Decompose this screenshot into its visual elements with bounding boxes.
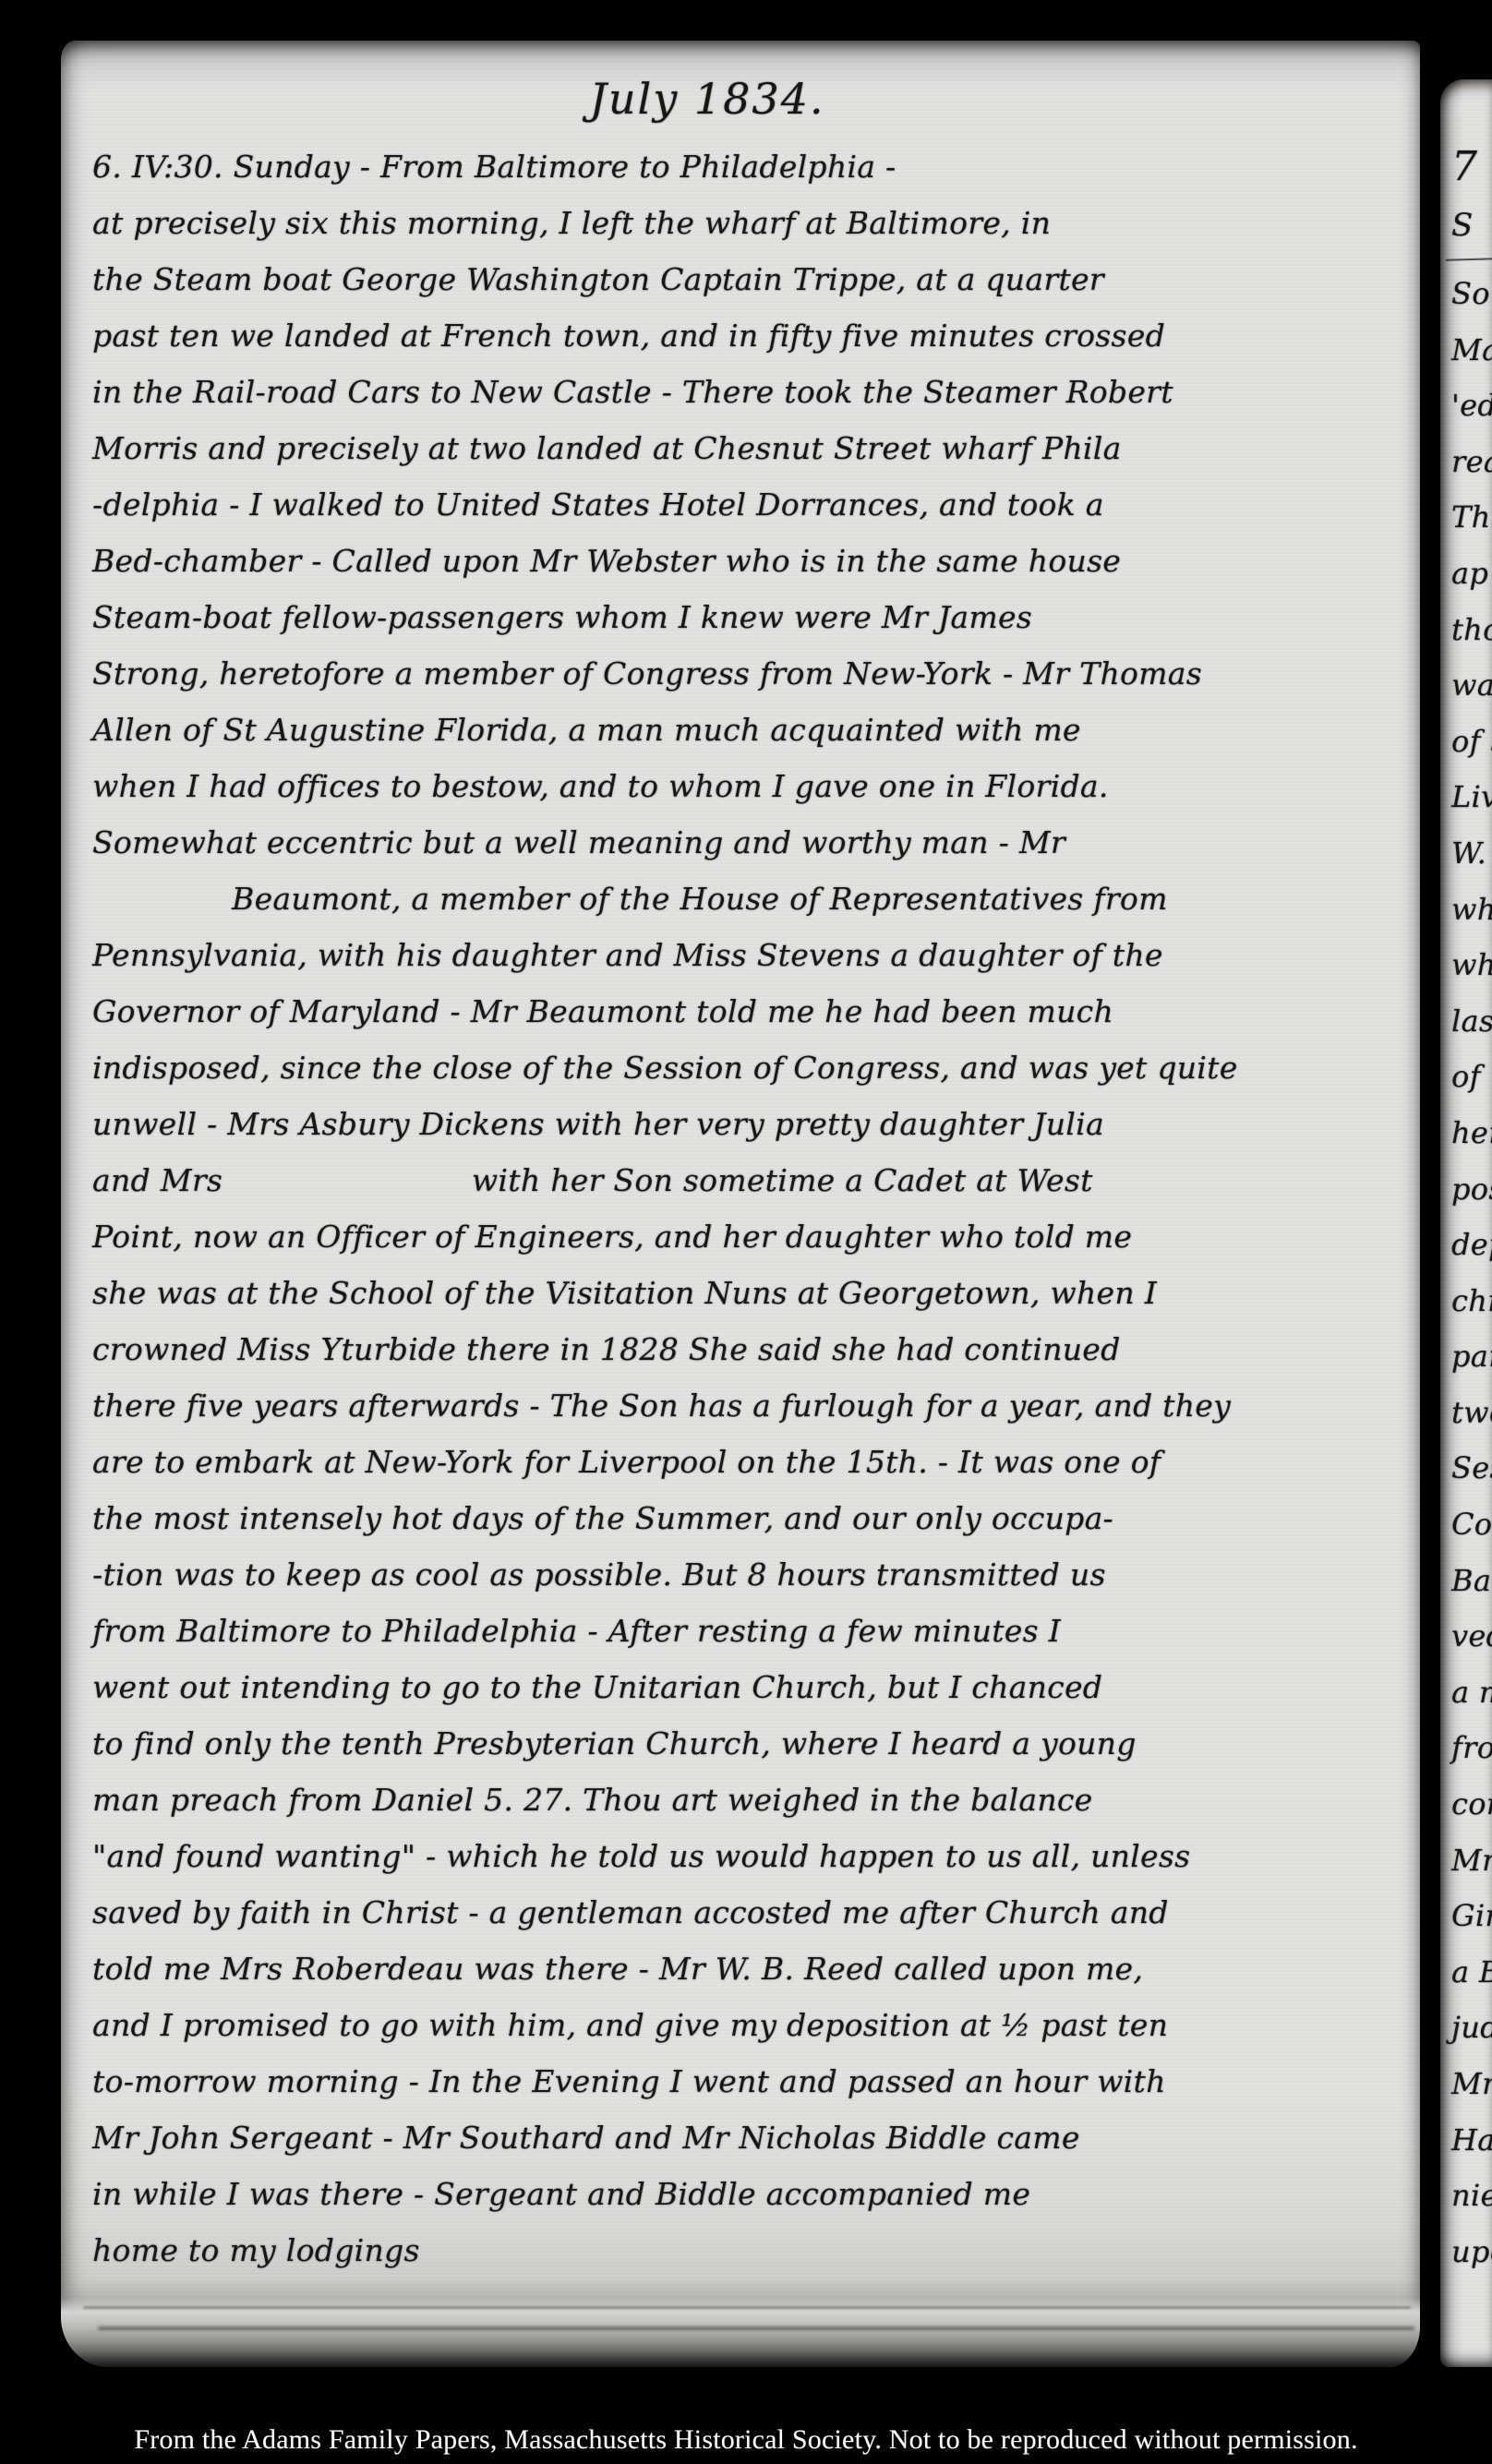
facing-page-line-fragment: Ban [1451,1553,1492,1609]
facing-page-rule [1446,258,1492,260]
manuscript-line: 6. IV:30. Sunday - From Baltimore to Phi… [92,138,1411,195]
facing-page-line-fragment: ap [1451,546,1492,602]
facing-page-line-fragment: judge [1451,2000,1492,2056]
facing-page-line-fragment: So [1451,266,1492,322]
facing-page-line-fragment: a m [1451,1665,1492,1721]
facing-page-line-fragment: ved [1451,1608,1492,1665]
facing-page-line-fragment: of [1451,1049,1492,1105]
manuscript-line: when I had offices to bestow, and to who… [92,758,1411,814]
manuscript-line: to-morrow morning - In the Evening I wen… [92,2053,1411,2109]
facing-page-line-fragment: two [1451,1385,1492,1441]
manuscript-line: crowned Miss Yturbide there in 1828 She … [92,1321,1411,1377]
facing-page-content: 7 S So Ma 'ed rea Thi ap thos [1451,135,1492,2279]
manuscript-line: from Baltimore to Philadelphia - After r… [92,1603,1411,1659]
manuscript-line: Pennsylvania, with his daughter and Miss… [92,927,1411,983]
manuscript-line: the most intensely hot days of the Summe… [92,1490,1411,1546]
page-bottom-edge [61,2278,1420,2367]
diary-entry-text: 6. IV:30. Sunday - From Baltimore to Phi… [92,138,1411,2278]
manuscript-line: "and found wanting" - which he told us w… [92,1828,1411,1884]
month-year-heading: July 1834. [61,68,1366,129]
manuscript-line: Allen of St Augustine Florida, a man muc… [92,702,1411,758]
manuscript-line: told me Mrs Roberdeau was there - Mr W. … [92,1941,1411,1997]
manuscript-line: Strong, heretofore a member of Congress … [92,645,1411,702]
facing-page-line-fragment: from [1451,1720,1492,1776]
manuscript-line: are to embark at New-York for Liverpool … [92,1434,1411,1490]
facing-page-sliver: 7 S So Ma 'ed rea Thi ap thos [1440,79,1492,2367]
facing-page-line-fragment: thos [1451,602,1492,658]
facing-page-line-fragment: Ha [1451,2112,1492,2169]
facing-page-line-fragment: chr [1451,1273,1492,1329]
manuscript-scan: July 1834. 6. IV:30. Sunday - From Balti… [0,0,1492,2464]
manuscript-line: -tion was to keep as cool as possible. B… [92,1546,1411,1603]
diary-page-content: July 1834. 6. IV:30. Sunday - From Balti… [92,68,1411,2278]
facing-page-line-fragment: upo [1451,2224,1492,2280]
manuscript-line: and Mrs with her Son sometime a Cadet at… [92,1152,1411,1208]
manuscript-line: Bed-chamber - Called upon Mr Webster who… [92,533,1411,589]
facing-page-line-fragment: of S [1451,714,1492,770]
facing-page-line-fragment: 'ed [1451,378,1492,434]
manuscript-line: at precisely six this morning, I left th… [92,195,1411,251]
facing-page-line-fragment: W. [1451,825,1492,882]
diary-page: July 1834. 6. IV:30. Sunday - From Balti… [61,41,1420,2367]
manuscript-line: went out intending to go to the Unitaria… [92,1659,1411,1715]
facing-page-line-fragment: comi [1451,1776,1492,1833]
facing-page-fragments: So Ma 'ed rea Thi ap thos wa of S [1451,266,1492,2279]
manuscript-line: she was at the School of the Visitation … [92,1265,1411,1321]
manuscript-line: and I promised to go with him, and give … [92,1997,1411,2053]
manuscript-line: past ten we landed at French town, and i… [92,307,1411,364]
manuscript-line: Morris and precisely at two landed at Ch… [92,420,1411,476]
facing-page-line-fragment: nie [1451,2168,1492,2224]
facing-page-line-fragment: her [1451,1105,1492,1161]
facing-page-heading-fragment: S [1451,199,1492,251]
manuscript-line: -delphia - I walked to United States Hot… [92,476,1411,533]
manuscript-line: indisposed, since the close of the Sessi… [92,1040,1411,1096]
facing-page-line-fragment: Liv [1451,769,1492,825]
archive-credit-caption: From the Adams Family Papers, Massachuse… [134,2424,1357,2456]
facing-page-line-fragment: Con [1451,1496,1492,1553]
facing-page-line-fragment: a Ba [1451,1944,1492,2001]
manuscript-line: in the Rail-road Cars to New Castle - Th… [92,364,1411,420]
facing-page-line-fragment: par [1451,1328,1492,1385]
manuscript-line: Governor of Maryland - Mr Beaumont told … [92,983,1411,1040]
facing-page-line-fragment: Mr [1451,1833,1492,1889]
facing-page-line-fragment: Gira [1451,1888,1492,1944]
facing-page-line-fragment: pos [1451,1161,1492,1218]
manuscript-line: there five years afterwards - The Son ha… [92,1377,1411,1434]
manuscript-line: Somewhat eccentric but a well meaning an… [92,814,1411,871]
manuscript-line: the Steam boat George Washington Captain… [92,251,1411,307]
facing-page-line-fragment: Ses [1451,1440,1492,1496]
manuscript-line: unwell - Mrs Asbury Dickens with her ver… [92,1096,1411,1152]
manuscript-line: Point, now an Officer of Engineers, and … [92,1208,1411,1265]
facing-page-number: 7 [1451,135,1492,199]
manuscript-line: man preach from Daniel 5. 27. Thou art w… [92,1772,1411,1828]
manuscript-line: Mr John Sergeant - Mr Southard and Mr Ni… [92,2109,1411,2166]
manuscript-line: saved by faith in Christ - a gentleman a… [92,1884,1411,1941]
caption-bar: From the Adams Family Papers, Massachuse… [0,2415,1492,2464]
manuscript-line: to find only the tenth Presbyterian Chur… [92,1715,1411,1772]
manuscript-line: in while I was there - Sergeant and Bidd… [92,2166,1411,2222]
facing-page-line-fragment: dep [1451,1217,1492,1273]
facing-page-line-fragment: las [1451,993,1492,1050]
facing-page-line-fragment: wa [1451,657,1492,714]
manuscript-line: Beaumont, a member of the House of Repre… [92,871,1411,927]
facing-page-line-fragment: Ma [1451,322,1492,379]
facing-page-line-fragment: wh [1451,882,1492,938]
manuscript-line: home to my lodgings [92,2222,1411,2278]
facing-page-line-fragment: Thi [1451,489,1492,546]
facing-page-line-fragment: wh [1451,937,1492,993]
facing-page-line-fragment: rea [1451,434,1492,490]
facing-page-line-fragment: Mr [1451,2056,1492,2112]
manuscript-line: Steam-boat fellow-passengers whom I knew… [92,589,1411,645]
